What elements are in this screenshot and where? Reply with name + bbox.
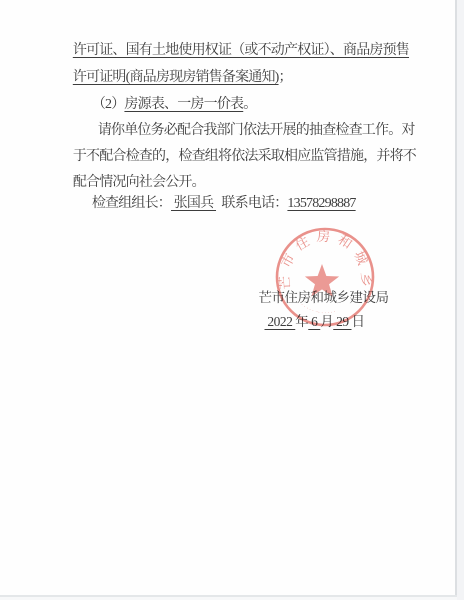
page-bottom-edge-line: [0, 595, 457, 597]
contact-phone-number: 13578298887: [287, 196, 355, 211]
page-right-edge-shadow: [457, 0, 464, 600]
inspection-leader-label: 检查组组长：: [92, 196, 171, 211]
inspection-leader-name: 张国兵: [171, 196, 216, 211]
scanned-document-page: 许可证、国有土地使用权证（或不动产权证）、商品房预售 许可证明(商品房现房销售备…: [0, 0, 464, 600]
seal-serial-holder: ·····－·····: [299, 303, 338, 317]
official-seal: 芒市住房和城乡建设局 ·····－·····: [265, 217, 385, 337]
contact-phone-label: 联系电话：: [216, 196, 287, 211]
seal-serial-marks: ·····－·····: [299, 303, 338, 317]
page-right-edge-line: [455, 0, 457, 600]
seal-star-icon: [305, 264, 339, 297]
line2-seg2: ；: [279, 70, 292, 85]
